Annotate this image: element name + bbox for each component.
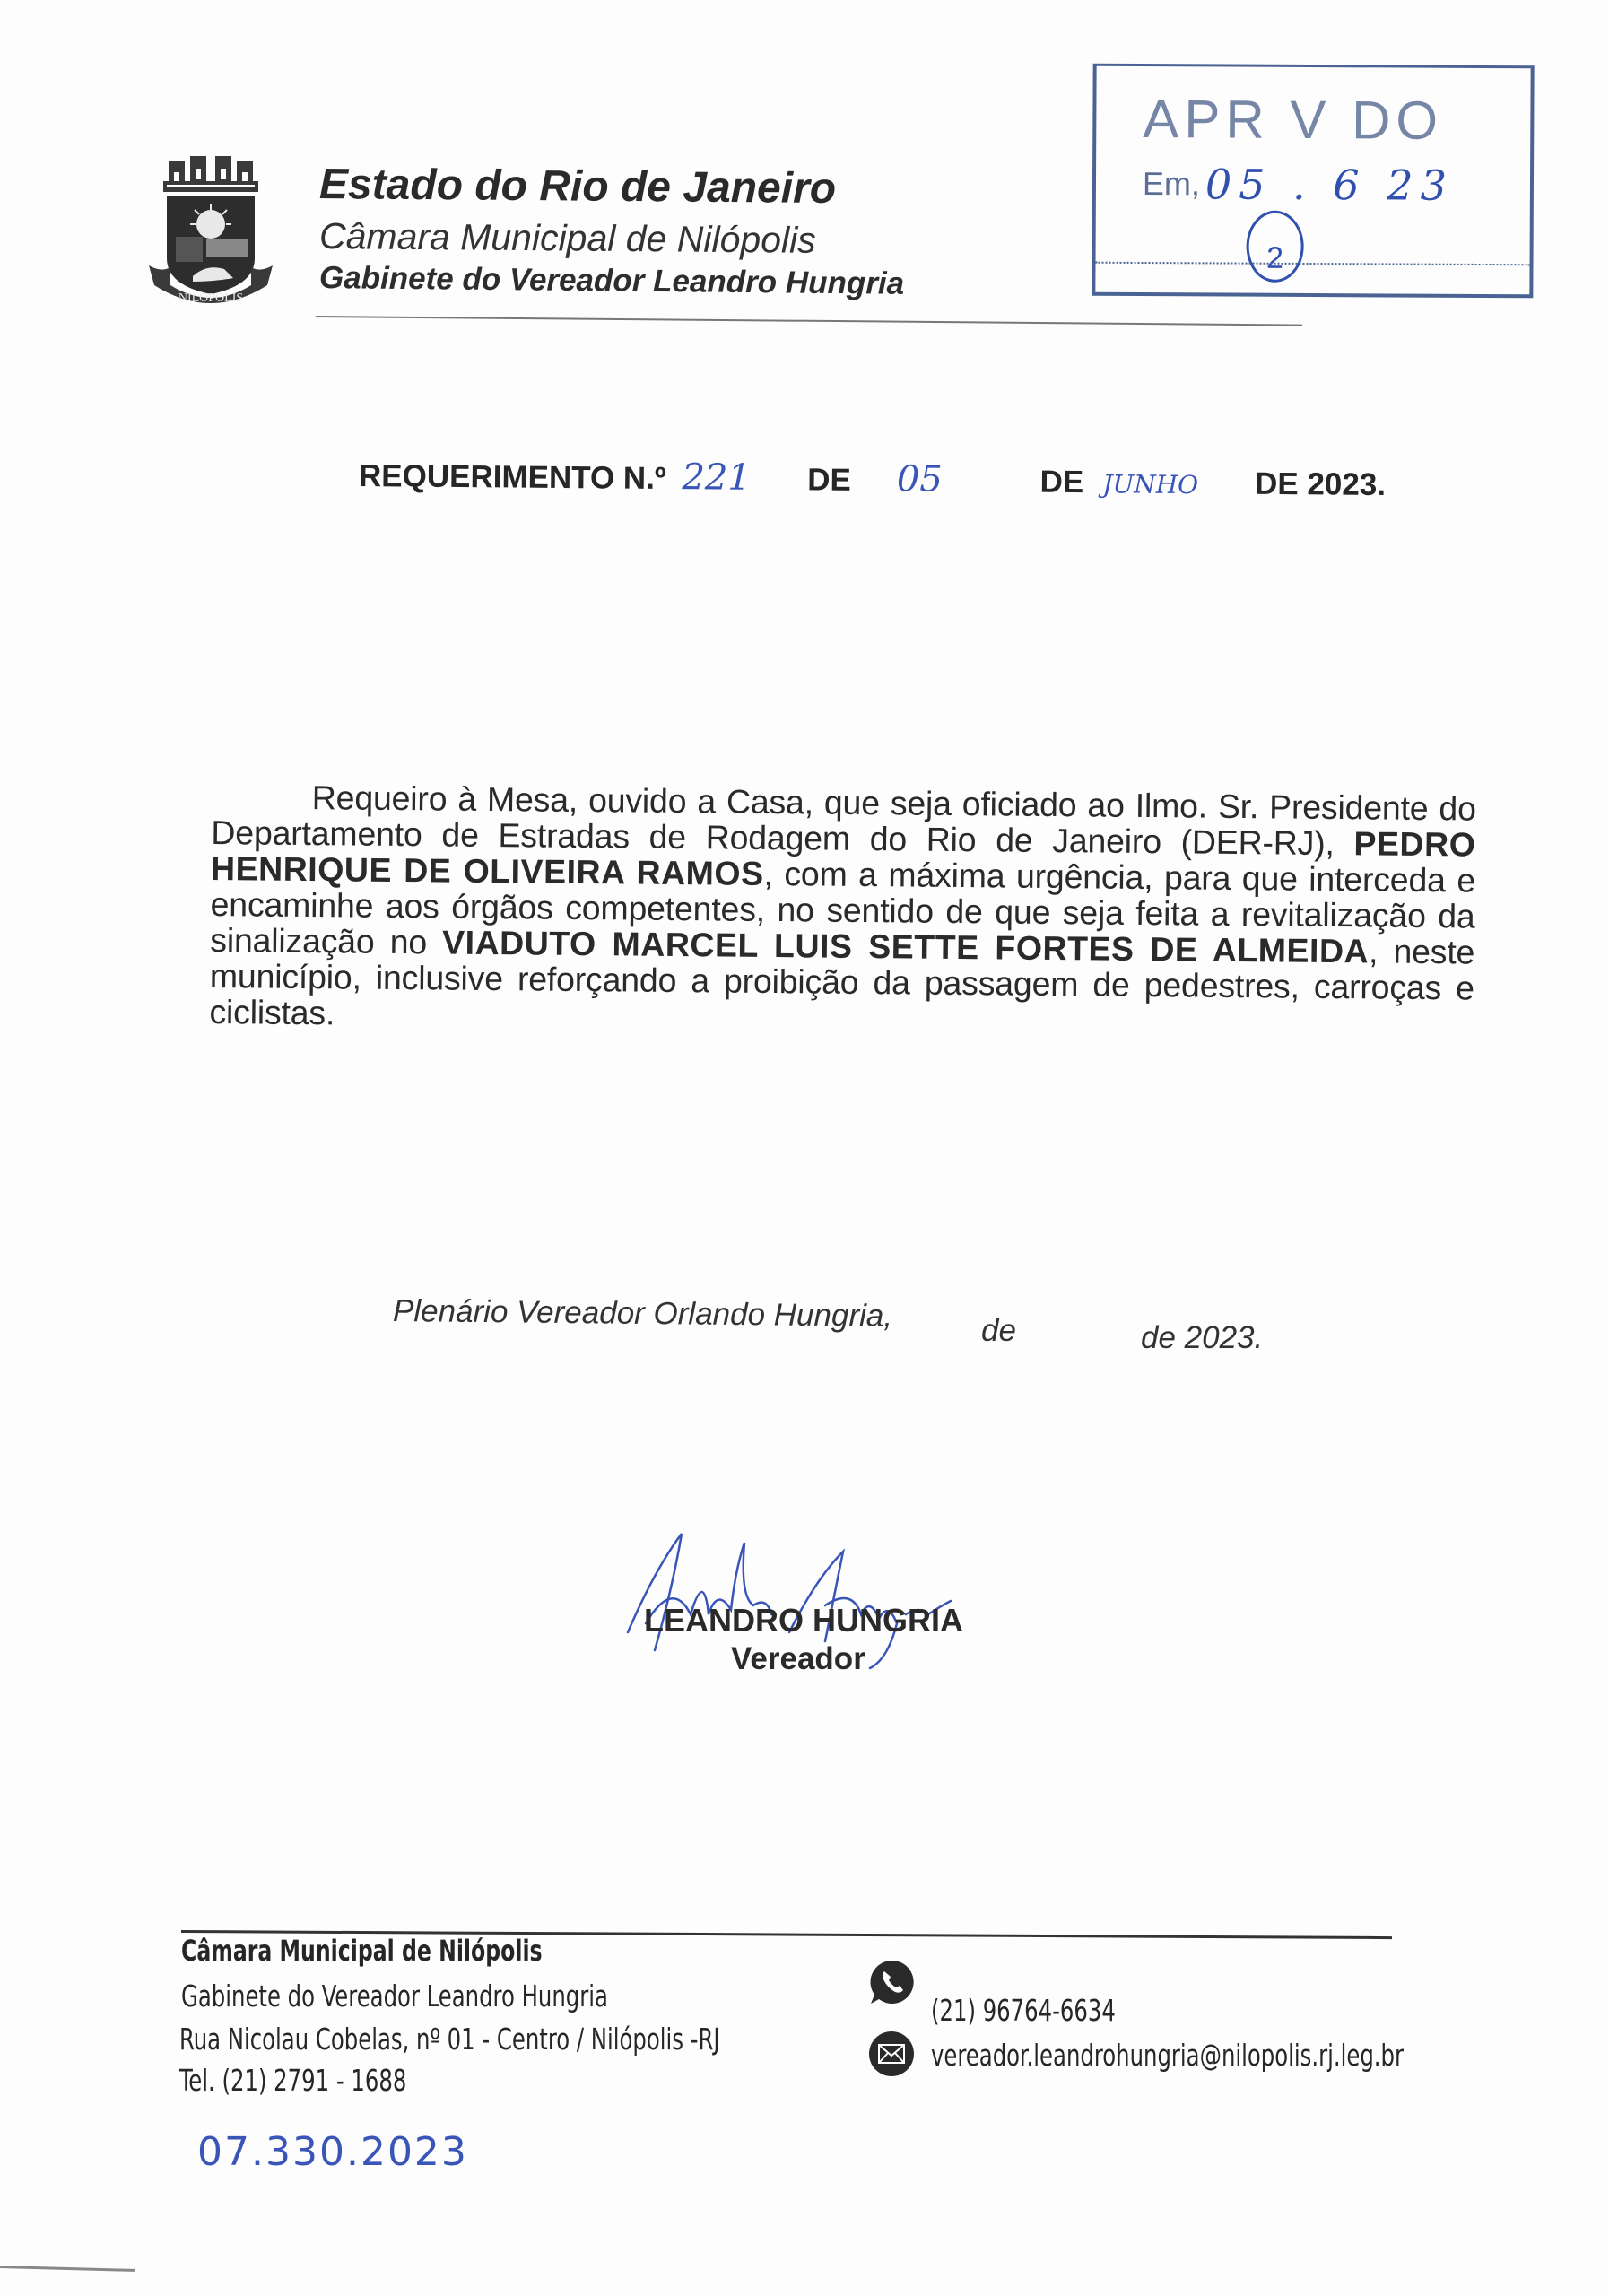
requerimento-title: REQUERIMENTO N.º 221 DE 05 DE JUNHO DE 2…: [359, 454, 1386, 504]
requerimento-day: 05: [897, 458, 1031, 500]
closing-place: Plenário Vereador Orlando Hungria,: [393, 1293, 892, 1335]
scan-edge: [0, 2266, 135, 2272]
whatsapp-icon: [868, 1958, 917, 2006]
header-subtitle: Câmara Municipal de Nilópolis: [319, 215, 816, 262]
header-office: Gabinete do Vereador Leandro Hungria: [319, 260, 905, 302]
stamp-divider: [1096, 262, 1530, 266]
requerimento-number: 221: [682, 457, 798, 499]
closing-de: de: [981, 1313, 1016, 1349]
requerimento-month: JUNHO: [1102, 469, 1246, 500]
footer-org: Câmara Municipal de Nilópolis: [181, 1934, 543, 1968]
requerimento-de: DE: [807, 462, 888, 499]
signer-name: LEANDRO HUNGRIA: [644, 1602, 963, 1639]
body-paragraph: Requeiro à Mesa, ouvido a Casa, que seja…: [209, 778, 1476, 1042]
closing-year: de 2023.: [1141, 1320, 1263, 1356]
header-title: Estado do Rio de Janeiro: [319, 160, 837, 213]
footer-address: Rua Nicolau Cobelas, nº 01 - Centro / Ni…: [179, 2022, 720, 2057]
svg-text:NILOPOLIS: NILOPOLIS: [178, 291, 243, 305]
requerimento-label: REQUERIMENTO N.º: [359, 458, 666, 497]
footer-phone: (21) 96764-6634: [931, 1993, 1116, 2028]
header-divider: [316, 316, 1302, 326]
stamp-date: 05 . 6 23: [1205, 160, 1454, 209]
footer-office: Gabinete do Vereador Leandro Hungria: [181, 1979, 608, 2013]
signer-role: Vereador: [731, 1641, 865, 1677]
stamp-initials: 2: [1246, 211, 1303, 283]
requerimento-year: DE 2023.: [1255, 466, 1386, 503]
stamp-em-label: Em,: [1143, 165, 1200, 203]
requerimento-de: DE: [1039, 465, 1093, 501]
protocol-number: 07.330.2023: [197, 2129, 468, 2175]
stamp-title: APR V DO: [1143, 88, 1443, 152]
approval-stamp: APR V DO Em, 05 . 6 23 2: [1092, 64, 1534, 299]
envelope-icon: [868, 2031, 915, 2077]
coat-of-arms-logo: NILOPOLIS: [144, 151, 278, 312]
footer-email: vereador.leandrohungria@nilopolis.rj.leg…: [931, 2038, 1404, 2073]
body-text: Requeiro à Mesa, ouvido a Casa, que seja…: [211, 778, 1476, 862]
footer-tel: Tel. (21) 2791 - 1688: [179, 2063, 406, 2098]
